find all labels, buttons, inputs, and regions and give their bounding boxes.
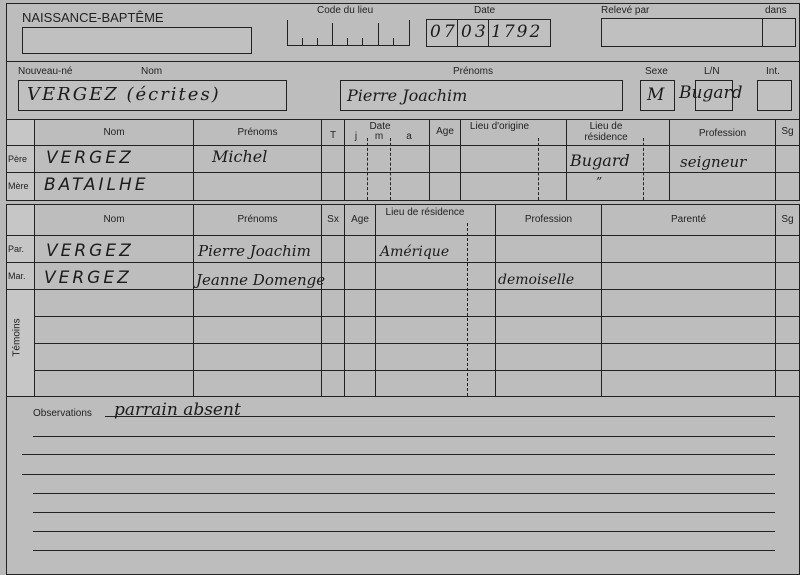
nouveau-ne-nom-value: VERGEZ (écrites) [27, 84, 221, 105]
parrains-col-age: Age [345, 214, 375, 225]
observations-line-5 [33, 493, 775, 494]
parrains-col-parente: Parenté [602, 214, 775, 225]
parents-col-sg: Sg [776, 126, 799, 137]
date-label: Date [474, 5, 495, 16]
parents-col-lieu-residence: Lieu de résidence [572, 121, 640, 143]
parrain-lieu-residence[interactable]: Amérique [380, 244, 449, 260]
parents-col-profession: Profession [670, 128, 775, 139]
parents-col-age: Age [430, 126, 460, 137]
parents-col-nom: Nom [35, 127, 193, 138]
dans-field[interactable] [762, 18, 796, 47]
parents-col-a: a [400, 131, 418, 142]
parrains-col-lieu-residence: Lieu de résidence [385, 207, 465, 218]
marraine-row-label: Mar. [8, 271, 26, 281]
pere-nom[interactable]: VERGEZ [46, 148, 134, 168]
marraine-profession[interactable]: demoiselle [498, 272, 574, 288]
sexe-field[interactable]: M [640, 80, 675, 111]
mere-row-label: Mère [8, 181, 29, 191]
parents-col-lieu-origine: Lieu d'origine [461, 121, 538, 132]
observations-line-1 [105, 416, 775, 417]
sexe-value: M [647, 85, 664, 105]
sexe-label: Sexe [645, 66, 668, 77]
parents-col-t: T [322, 130, 344, 141]
date-day: 07 [430, 22, 458, 42]
mere-nom[interactable]: BATAILHE [44, 175, 149, 195]
pere-prenoms[interactable]: Michel [212, 147, 267, 166]
form-title: NAISSANCE-BAPTÊME [22, 10, 164, 25]
parents-col-m: m [371, 131, 387, 142]
parrain-prenoms[interactable]: Pierre Joachim [198, 242, 311, 260]
observations-label: Observations [33, 408, 92, 419]
observations-line-7 [33, 531, 775, 532]
dans-label: dans [765, 5, 787, 16]
parrain-nom[interactable]: VERGEZ [46, 241, 134, 261]
date-month: 03 [461, 22, 489, 42]
marraine-nom[interactable]: VERGEZ [44, 268, 132, 288]
nouveau-ne-prenoms-value: Pierre Joachim [347, 86, 467, 105]
title-box-field[interactable] [22, 27, 252, 54]
temoin-row-1[interactable] [35, 290, 775, 316]
observations-line-2 [33, 436, 775, 437]
date-year: 1792 [491, 22, 542, 42]
int-field[interactable] [757, 80, 792, 111]
code-du-lieu-field[interactable] [287, 20, 410, 46]
nom-label: Nom [141, 66, 162, 77]
nouveau-ne-prenoms-field[interactable]: Pierre Joachim [340, 80, 623, 111]
releve-par-field[interactable] [601, 18, 763, 47]
parrain-row-label: Par. [8, 244, 24, 254]
parrains-col-sg: Sg [776, 214, 799, 225]
temoin-row-4[interactable] [35, 371, 775, 396]
parents-col-j: j [350, 131, 362, 142]
temoins-label: Témoins [12, 318, 23, 356]
pere-lieu-residence[interactable]: Bugard [570, 151, 630, 170]
temoin-row-2[interactable] [35, 317, 775, 343]
code-du-lieu-label: Code du lieu [317, 5, 373, 16]
parents-col-prenoms: Prénoms [194, 127, 321, 138]
date-field[interactable]: 07 03 1792 [426, 19, 551, 47]
nouveau-ne-label: Nouveau-né [18, 66, 72, 77]
nouveau-ne-nom-field[interactable]: VERGEZ (écrites) [18, 80, 287, 111]
observations-value[interactable]: parrain absent [114, 400, 241, 420]
ln-label: L/N [704, 66, 720, 77]
parrains-col-sx: Sx [322, 214, 344, 225]
ln-value: Bugard [679, 83, 742, 103]
parrains-col-profession: Profession [496, 214, 601, 225]
prenoms-label: Prénoms [453, 66, 493, 77]
parrains-col-nom: Nom [35, 214, 193, 225]
observations-panel [6, 396, 800, 575]
observations-line-8 [33, 550, 775, 551]
marraine-prenoms[interactable]: Jeanne Domenge [196, 271, 325, 289]
parrains-col-prenoms: Prénoms [194, 214, 321, 225]
pere-profession[interactable]: seigneur [680, 153, 746, 171]
releve-par-label: Relevé par [601, 5, 649, 16]
observations-line-6 [33, 512, 775, 513]
temoin-row-3[interactable] [35, 344, 775, 370]
int-label: Int. [766, 66, 780, 77]
mere-lieu-residence[interactable]: ” [596, 175, 602, 189]
pere-row-label: Père [8, 154, 27, 164]
